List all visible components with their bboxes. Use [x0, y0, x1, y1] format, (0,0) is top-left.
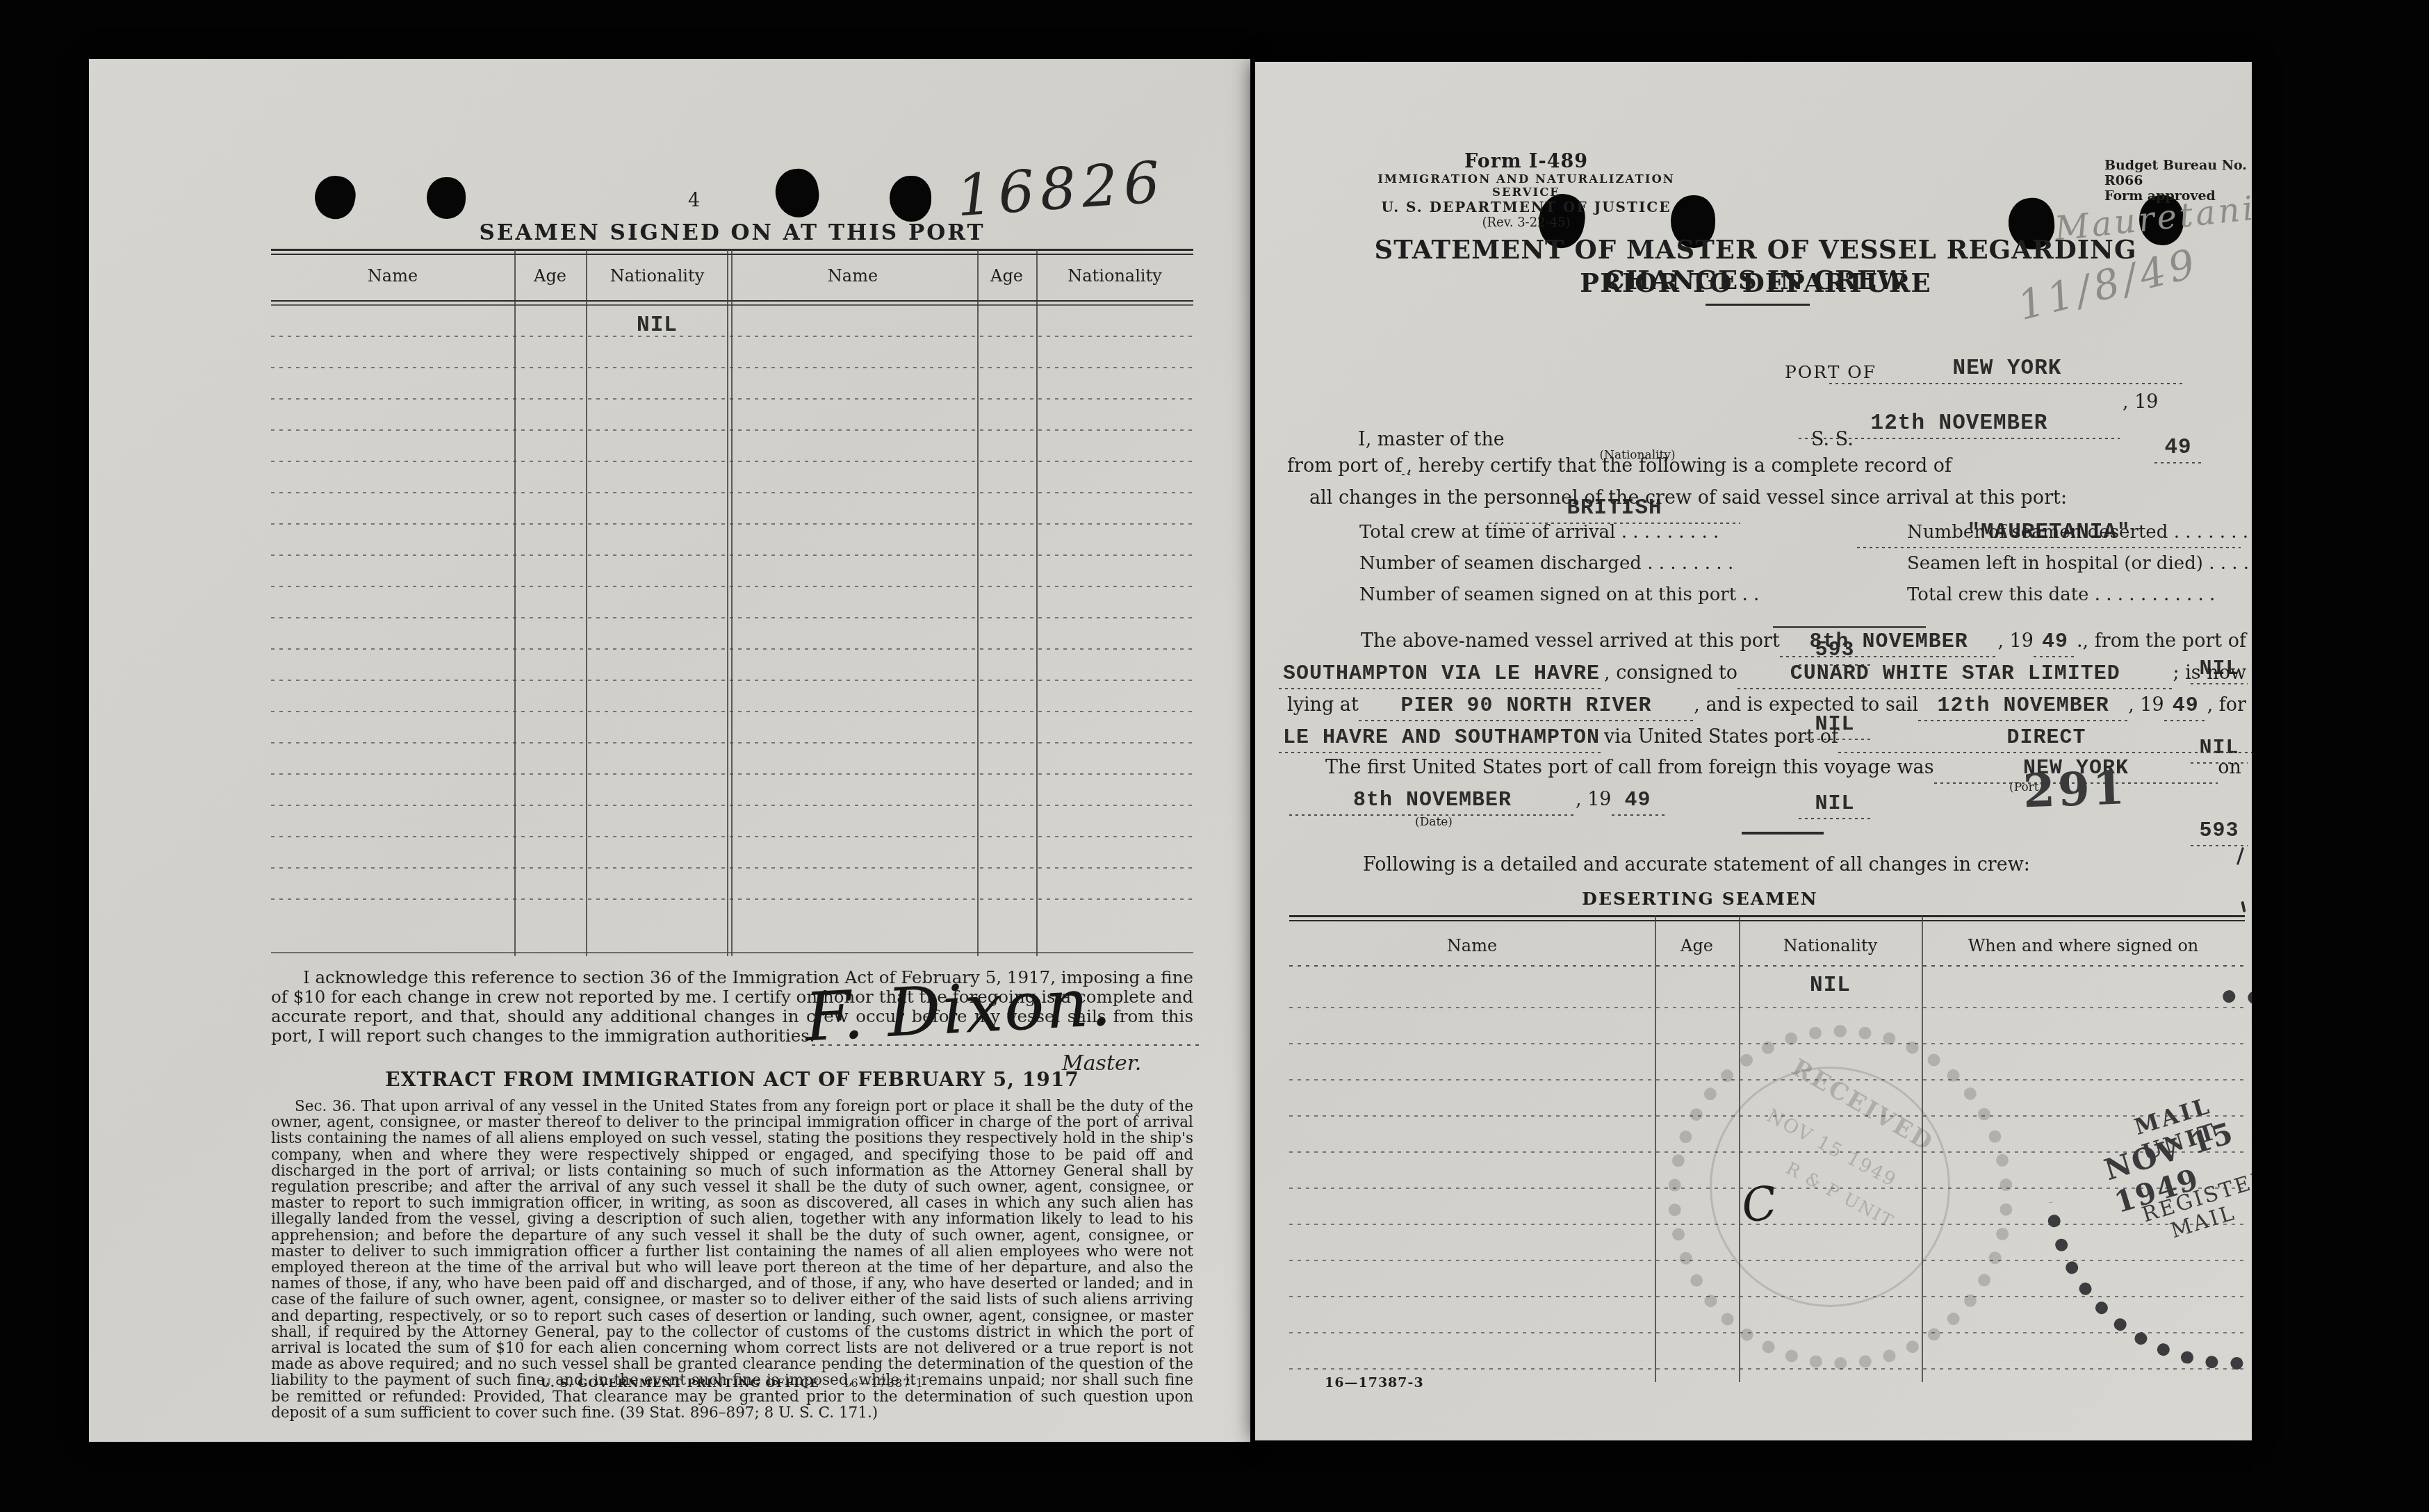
agency-line2: U. S. DEPARTMENT OF JUSTICE [1352, 199, 1700, 215]
arrival-l1a: The above-named vessel arrived at this p… [1361, 630, 1780, 652]
document-scan: 4 16826 SEAMEN SIGNED ON AT THIS PORT Na… [0, 0, 2429, 1512]
column-header-name: Name [1289, 936, 1655, 955]
number-291-stamp: 291 [2022, 760, 2128, 818]
arrival-date-value: 8th NOVEMBER [1784, 630, 1994, 654]
stat-label-deserted: Number of seamen deserted . . . . . . . [1907, 522, 2248, 543]
arrival-from-port-value: SOUTHAMPTON VIA LE HAVRE [1283, 662, 1600, 686]
pen-mark [2241, 901, 2246, 912]
stat-value-signed-on: NIL [1803, 792, 1867, 816]
stat-value-total-crew: 593 [2195, 819, 2243, 843]
agency-line1: IMMIGRATION AND NATURALIZATION SERVICE [1352, 172, 1700, 199]
extract-title: EXTRACT FROM IMMIGRATION ACT OF FEBRUARY… [271, 1068, 1193, 1091]
pen-mark [2236, 847, 2244, 865]
column-header-signed-on: When and where signed on [1922, 936, 2245, 955]
stat-label-signed-on: Number of seamen signed on at this port … [1359, 584, 1759, 605]
first-port-year-value: 49 [1616, 789, 1660, 812]
port-of-value: NEW YORK [1833, 356, 2181, 381]
left-page-footer: U. S. GOVERNMENT PRINTING OFFICE 16—1738… [271, 1377, 1193, 1390]
form-print-number: 16—17387-1 [843, 1377, 924, 1390]
budget-bureau-number: Budget Bureau No. 43-R066 [2104, 158, 2252, 188]
master-statement-a: I, master of the [1358, 429, 1505, 450]
left-page: 4 16826 SEAMEN SIGNED ON AT THIS PORT Na… [89, 59, 1250, 1442]
arrival-via-value: DIRECT [1842, 726, 2250, 750]
column-header-nationality: Nationality [586, 266, 728, 286]
stat-label-arrival: Total crew at time of arrival . . . . . … [1359, 522, 1719, 543]
extract-body: Sec. 36. That upon arrival of any vessel… [271, 1099, 1193, 1421]
date-hint: (Date) [1415, 815, 1453, 829]
stat-label-hospital: Seamen left in hospital (or died) . . . … [1907, 553, 2249, 574]
master-statement-d: , hereby certify that the following is a… [1406, 455, 1952, 477]
year-prefix: , 19 [2123, 391, 2159, 413]
arrival-l3a: lying at [1287, 694, 1359, 716]
form-number: Form I-489 [1352, 151, 1700, 172]
arrival-pier-value: PIER 90 NORTH RIVER [1363, 694, 1690, 718]
first-port-a: The first United States port of call fro… [1325, 757, 1934, 778]
punch-hole [427, 177, 466, 219]
arrival-l3e: , 19 [2128, 694, 2164, 716]
right-page-footer-number: 16—17387-3 [1325, 1375, 1424, 1390]
arrival-l1e: ., from the port of [2077, 630, 2246, 652]
column-header-age: Age [1655, 936, 1739, 955]
arrival-l2b: , consigned to [1604, 662, 1737, 684]
right-page: Form I-489 IMMIGRATION AND NATURALIZATIO… [1255, 62, 2252, 1440]
master-statement-e: all changes in the personnel of the crew… [1309, 487, 2067, 509]
arrival-l4b: via United States port of [1604, 726, 1838, 748]
form-id-block: Form I-489 IMMIGRATION AND NATURALIZATIO… [1352, 151, 1700, 230]
following-line: Following is a detailed and accurate sta… [1363, 854, 2030, 876]
arrival-l3g: , for [2207, 694, 2246, 716]
arrival-l3c: , and is expected to sail [1694, 694, 1918, 716]
arrival-destination-value: LE HAVRE AND SOUTHAMPTON [1283, 726, 1600, 750]
page-number: 4 [688, 190, 700, 211]
punch-hole [311, 172, 359, 223]
punch-hole [890, 176, 931, 222]
master-statement-b: S. S. [1811, 429, 1854, 450]
form-title-line2: PRIOR TO DEPARTURE [1297, 268, 2214, 298]
master-statement-c: from port of [1287, 455, 1402, 477]
arrival-l2d: ; is now [2173, 662, 2246, 684]
deserting-seamen-title: DESERTING SEAMEN [1436, 889, 1964, 909]
table-entry-nil: NIL [1739, 973, 1922, 998]
form-revision: (Rev. 3-22-45) [1352, 215, 1700, 230]
arrival-consignee-value: CUNARD WHITE STAR LIMITED [1742, 662, 2168, 686]
arrival-year-value: 49 [2038, 630, 2072, 654]
first-port-year-prefix: , 19 [1576, 789, 1612, 810]
arrival-l1c: , 19 [1997, 630, 2034, 652]
punch-hole [772, 166, 821, 220]
master-signature: F. Dixon. [803, 962, 1114, 1056]
column-header-age: Age [977, 266, 1036, 286]
column-header-nationality: Nationality [1036, 266, 1193, 286]
file-number-handwritten: 16826 [954, 149, 1168, 230]
arrival-sail-date-value: 12th NOVEMBER [1922, 694, 2124, 718]
column-header-age: Age [514, 266, 586, 286]
column-header-nationality: Nationality [1739, 936, 1922, 955]
stat-label-discharged: Number of seamen discharged . . . . . . … [1359, 553, 1733, 574]
left-page-title: SEAMEN SIGNED ON AT THIS PORT [271, 220, 1193, 245]
arrival-sail-year-value: 49 [2168, 694, 2203, 718]
column-header-name: Name [728, 266, 977, 286]
first-port-date-value: 8th NOVEMBER [1293, 789, 1571, 812]
first-port-b: on [2218, 757, 2241, 778]
handwritten-c-mark: C [1738, 1176, 1781, 1233]
stat-label-total-crew: Total crew this date . . . . . . . . . .… [1907, 584, 2215, 605]
printer-imprint: U. S. GOVERNMENT PRINTING OFFICE [541, 1377, 819, 1390]
table-entry-nil: NIL [586, 313, 728, 338]
column-header-name: Name [271, 266, 514, 286]
